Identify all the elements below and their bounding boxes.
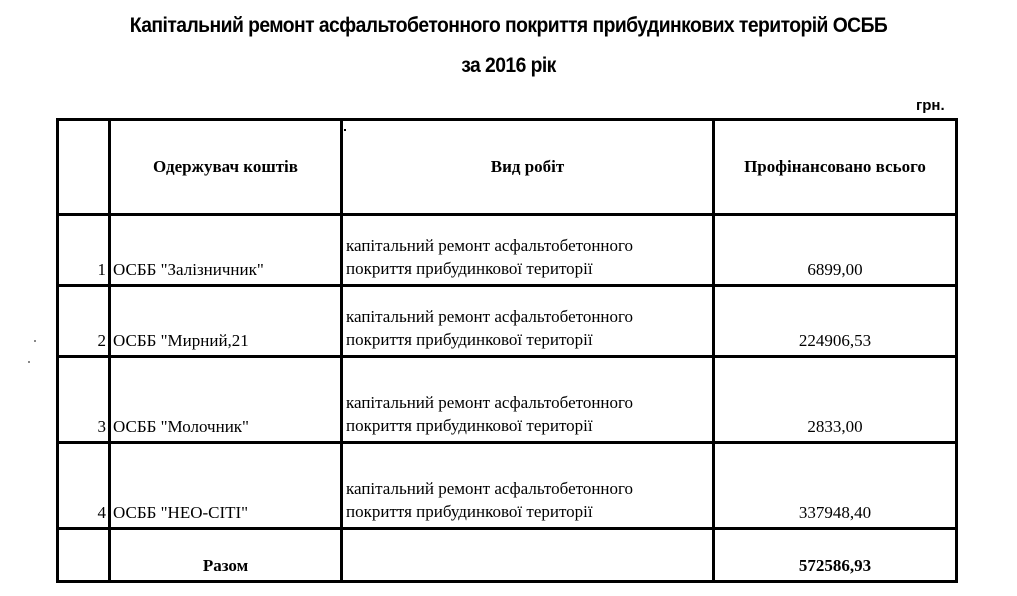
row-amount: 337948,40 — [714, 443, 957, 529]
total-amount: 572586,93 — [714, 529, 957, 582]
currency-unit: грн. — [916, 97, 945, 114]
work-line-2: покриття прибудинкової території — [346, 330, 593, 349]
row-number: 3 — [58, 357, 110, 443]
row-number: 4 — [58, 443, 110, 529]
work-line-1: капітальний ремонт асфальтобетонного — [346, 236, 633, 255]
header-work-type: Вид робіт — [342, 120, 714, 215]
row-amount: 2833,00 — [714, 357, 957, 443]
row-recipient: ОСББ "Молочник" — [110, 357, 342, 443]
financing-table: Одержувач коштів Вид робіт Профінансован… — [56, 118, 958, 583]
row-work-type: капітальний ремонт асфальтобетонногопокр… — [342, 443, 714, 529]
total-label: Разом — [110, 529, 342, 582]
row-amount: 224906,53 — [714, 286, 957, 357]
row-recipient: ОСББ "НЕО-СІТІ" — [110, 443, 342, 529]
work-line-1: капітальний ремонт асфальтобетонного — [346, 307, 633, 326]
header-financed-total: Профінансовано всього — [714, 120, 957, 215]
row-recipient: ОСББ "Залізничник" — [110, 215, 342, 286]
work-line-1: капітальний ремонт асфальтобетонного — [346, 479, 633, 498]
row-amount: 6899,00 — [714, 215, 957, 286]
header-number — [58, 120, 110, 215]
document-title: Капітальний ремонт асфальтобетонного пок… — [41, 14, 977, 38]
scan-speck — [34, 340, 36, 342]
row-number: 1 — [58, 215, 110, 286]
scan-speck — [28, 361, 30, 363]
table-row: 3 ОСББ "Молочник" капітальний ремонт асф… — [58, 357, 957, 443]
work-line-2: покриття прибудинкової території — [346, 416, 593, 435]
work-line-2: покриття прибудинкової території — [346, 259, 593, 278]
row-number: 2 — [58, 286, 110, 357]
table-row: 4 ОСББ "НЕО-СІТІ" капітальний ремонт асф… — [58, 443, 957, 529]
total-number — [58, 529, 110, 582]
row-work-type: капітальний ремонт асфальтобетонногопокр… — [342, 357, 714, 443]
table-header-row: Одержувач коштів Вид робіт Профінансован… — [58, 120, 957, 215]
row-work-type: капітальний ремонт асфальтобетонногопокр… — [342, 286, 714, 357]
row-work-type: капітальний ремонт асфальтобетонногопокр… — [342, 215, 714, 286]
work-line-2: покриття прибудинкової території — [346, 502, 593, 521]
total-row: Разом 572586,93 — [58, 529, 957, 582]
table-row: 1 ОСББ "Залізничник" капітальний ремонт … — [58, 215, 957, 286]
work-line-1: капітальний ремонт асфальтобетонного — [346, 393, 633, 412]
table-row: 2 ОСББ "Мирний,21 капітальний ремонт асф… — [58, 286, 957, 357]
header-recipient: Одержувач коштів — [110, 120, 342, 215]
row-recipient: ОСББ "Мирний,21 — [110, 286, 342, 357]
document-subtitle-year: за 2016 рік — [41, 54, 977, 78]
total-work-type — [342, 529, 714, 582]
